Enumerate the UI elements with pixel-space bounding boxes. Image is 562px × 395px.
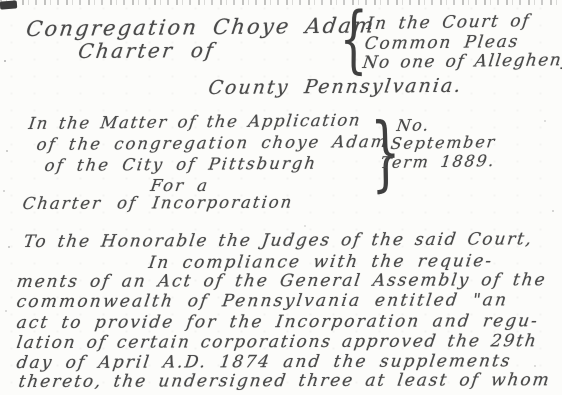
term-line-3: Term 1889. — [380, 151, 497, 172]
term-line-2: September — [390, 132, 498, 153]
body-line-2: ments of an Act of the General Assembly … — [15, 270, 548, 292]
scan-noise-band — [0, 0, 562, 5]
matter-line-1: In the Matter of the Application — [28, 111, 363, 134]
title-line-1: Congregation Choye Adam — [25, 13, 377, 41]
matter-line-2: of the congregation choye Adam — [35, 132, 389, 154]
scan-specks — [4, 60, 6, 62]
court-line-4: County Pennsylvania. — [207, 75, 464, 99]
body-line-5: lation of certain corporations approved … — [15, 331, 539, 353]
court-line-1: In the Court of — [366, 11, 532, 34]
body-salutation: To the Honorable the Judges of the said … — [22, 229, 534, 252]
term-line-1: No. — [396, 115, 431, 135]
body-line-7: thereto, the undersigned three at least … — [17, 370, 552, 392]
matter-line-3: of the City of Pittsburgh — [43, 154, 318, 175]
body-line-4: act to provide for the Incorporation and… — [15, 311, 540, 333]
title-line-2: Charter of — [77, 38, 217, 63]
scan-artifact-blob — [0, 0, 17, 9]
court-line-3: No one of Allegheny — [361, 50, 562, 73]
matter-line-5: Charter of Incorporation — [21, 193, 294, 213]
body-line-3: commonwealth of Pennsylvania entitled "a… — [15, 290, 509, 312]
scanned-document-page: Congregation Choye Adam Charter of { In … — [0, 0, 562, 395]
